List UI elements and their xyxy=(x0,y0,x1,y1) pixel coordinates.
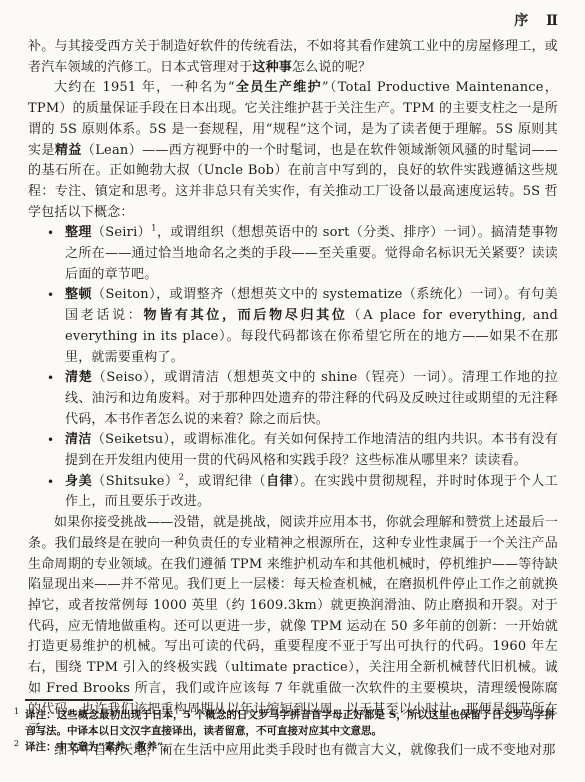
list-item-seiketsu: • 清洁（Seiketsu），或谓标准化。有关如何保持工作地清洁的组内共识。本书… xyxy=(28,430,558,471)
book-page: 序 Ⅱ 补。与其接受西方关于制造好软件的传统看法，不如将其看作建筑工业中的房屋修… xyxy=(0,0,585,782)
term-bold: 整理 xyxy=(65,225,92,240)
bullet-text: 清洁（Seiketsu），或谓标准化。有关如何保持工作地清洁的组内共识。本书有没… xyxy=(65,432,558,468)
bullet-text: 整理（Seiri）1，或谓组织（想想英语中的 sort（分类、排序）一词）。搞清… xyxy=(65,225,558,281)
text-run: （Seiketsu），或谓标准化。有关如何保持工作地清洁的组内共识。本书有没有提… xyxy=(65,432,558,468)
list-item-seiton: • 整顿（Seiton），或谓整齐（想想英文中的 systematize（系统化… xyxy=(28,285,558,368)
bullet-icon: • xyxy=(47,430,54,451)
text-run: ，或谓纪律（ xyxy=(184,474,266,489)
term-bold: 身美 xyxy=(65,474,92,489)
footnote-separator xyxy=(25,699,133,701)
list-item-seiri: • 整理（Seiri）1，或谓组织（想想英语中的 sort（分类、排序）一词）。… xyxy=(28,223,558,285)
list-item-seiso: • 清楚（Seiso），或谓清洁（想想英文中的 shine（锃亮）一词）。清理工… xyxy=(28,368,558,430)
footnote-text: 译注：中文意为“素养、教养”。 xyxy=(25,741,174,753)
footnote-2: 2译注：中文意为“素养、教养”。 xyxy=(14,739,555,755)
term-bold: 清洁 xyxy=(65,432,92,447)
text-run: （Lean）——西方视野中的一个时髦词，也是在软件领域渐领风骚的时髦词——的基石… xyxy=(28,143,558,220)
text-run: （Shitsuke） xyxy=(92,474,178,489)
text-run: 怎么说的呢？ xyxy=(292,60,371,75)
footnote-area: 1译注：这些概念最初出现于日本，5 个概念的日文罗马字拼音首字母正好都是 S，所… xyxy=(25,699,555,755)
bullet-icon: • xyxy=(47,223,54,244)
text-run-bold: 自律 xyxy=(266,474,293,489)
bullet-text: 整顿（Seiton），或谓整齐（想想英文中的 systematize（系统化）一… xyxy=(65,287,558,364)
text-run-bold: 全员生产维护 xyxy=(235,80,322,95)
bullet-icon: • xyxy=(47,472,54,493)
term-bold: 清楚 xyxy=(65,370,93,385)
footnote-marker: 1 xyxy=(14,704,19,720)
footnote-1: 1译注：这些概念最初出现于日本，5 个概念的日文罗马字拼音首字母正好都是 S，所… xyxy=(14,707,555,739)
paragraph-tpm: 大约在 1951 年，一种名为“全员生产维护”（Total Productive… xyxy=(28,78,558,223)
page-header: 序 Ⅱ xyxy=(514,10,560,30)
paragraph-continuation: 补。与其接受西方关于制造好软件的传统看法，不如将其看作建筑工业中的房屋修理工，或… xyxy=(28,37,558,78)
text-run-bold: 精益 xyxy=(55,143,82,158)
footnote-marker: 2 xyxy=(14,736,19,752)
list-item-shitsuke: • 身美（Shitsuke）2，或谓纪律（自律）。在实践中贯彻规程，并时时体现于… xyxy=(28,472,558,513)
footnote-text: 译注：这些概念最初出现于日本，5 个概念的日文罗马字拼音首字母正好都是 S，所以… xyxy=(25,709,555,737)
bullet-text: 身美（Shitsuke）2，或谓纪律（自律）。在实践中贯彻规程，并时时体现于个人… xyxy=(65,474,558,510)
bullet-text: 清楚（Seiso），或谓清洁（想想英文中的 shine（锃亮）一词）。清理工作地… xyxy=(65,370,558,426)
bullet-icon: • xyxy=(47,285,54,306)
text-run-bold: 物皆有其位，而后物尽归其位 xyxy=(144,308,348,323)
text-run-bold: 这种事 xyxy=(252,60,292,75)
main-text: 补。与其接受西方关于制造好软件的传统看法，不如将其看作建筑工业中的房屋修理工，或… xyxy=(28,37,558,762)
term-bold: 整顿 xyxy=(65,287,92,302)
bullet-icon: • xyxy=(47,368,54,389)
text-run: （Seiri） xyxy=(92,225,151,240)
text-run: （Seiso），或谓清洁（想想英文中的 shine（锃亮）一词）。清理工作地的拉… xyxy=(65,370,558,426)
text-run: 大约在 1951 年，一种名为“ xyxy=(54,80,235,95)
